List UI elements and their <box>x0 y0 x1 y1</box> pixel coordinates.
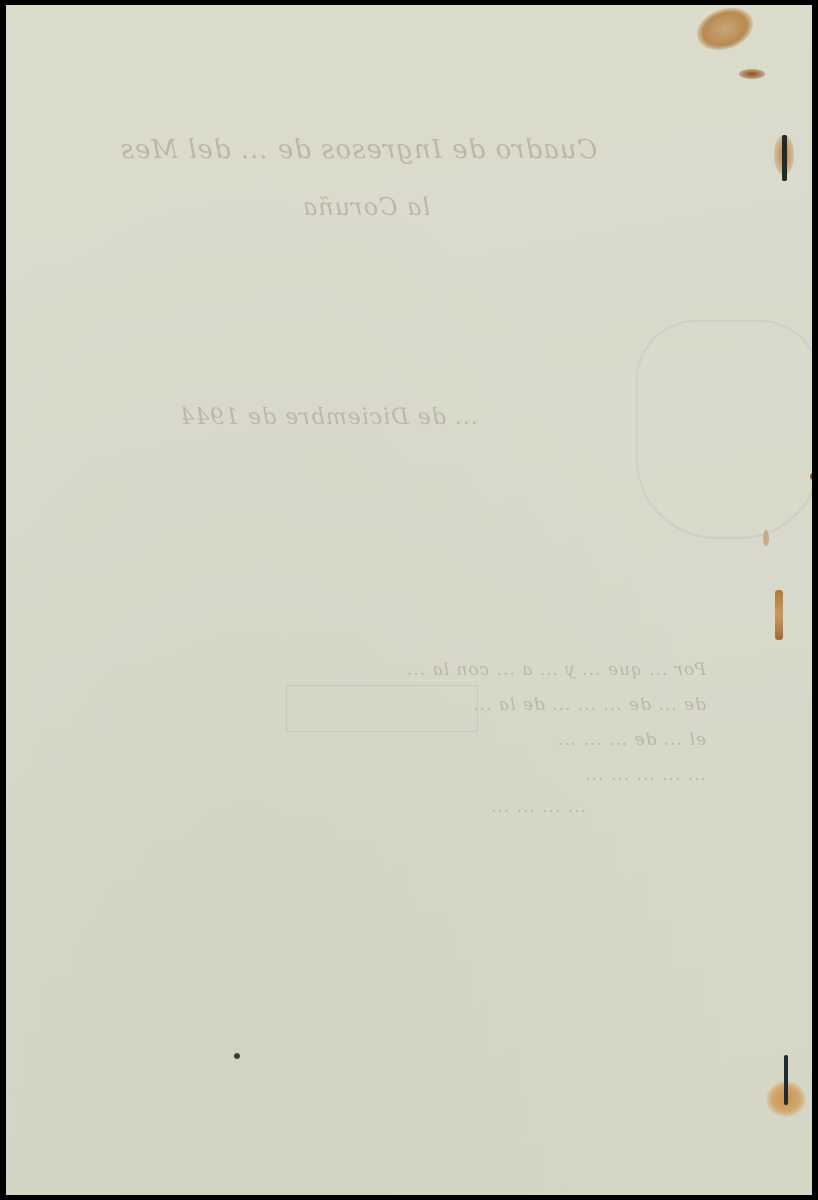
bleed-date-line: ... de Diciembre de 1944 <box>141 405 516 430</box>
bleed-paragraph-line: ... ... ... ... <box>186 797 586 817</box>
bleed-heading-line1: Cuadro de Ingresos de ... del Mes <box>86 135 631 165</box>
bleed-paragraph-line: el ... de ... ... ... <box>46 730 706 750</box>
binding-hole-bottom <box>784 1055 788 1105</box>
rust-stain-middle <box>775 590 783 640</box>
bleed-paragraph-line: de ... de ... ... ... de la ... <box>46 695 706 715</box>
ink-dot <box>234 1053 240 1059</box>
binding-hole-top <box>782 135 787 181</box>
rust-spot-edge <box>810 473 812 480</box>
watermark-shield <box>636 320 812 539</box>
bleed-paragraph-line: ... ... ... ... ... <box>46 765 706 785</box>
rust-stain-top <box>691 5 759 58</box>
bleed-heading-line2: la Coruña <box>276 193 456 221</box>
paper-sheet: Cuadro de Ingresos de ... del Mes la Cor… <box>6 5 812 1195</box>
rust-mark <box>739 69 765 79</box>
bleed-paragraph-line: Por ... que ... y ... a ... con la ... <box>46 660 706 680</box>
rust-spot <box>763 530 769 546</box>
